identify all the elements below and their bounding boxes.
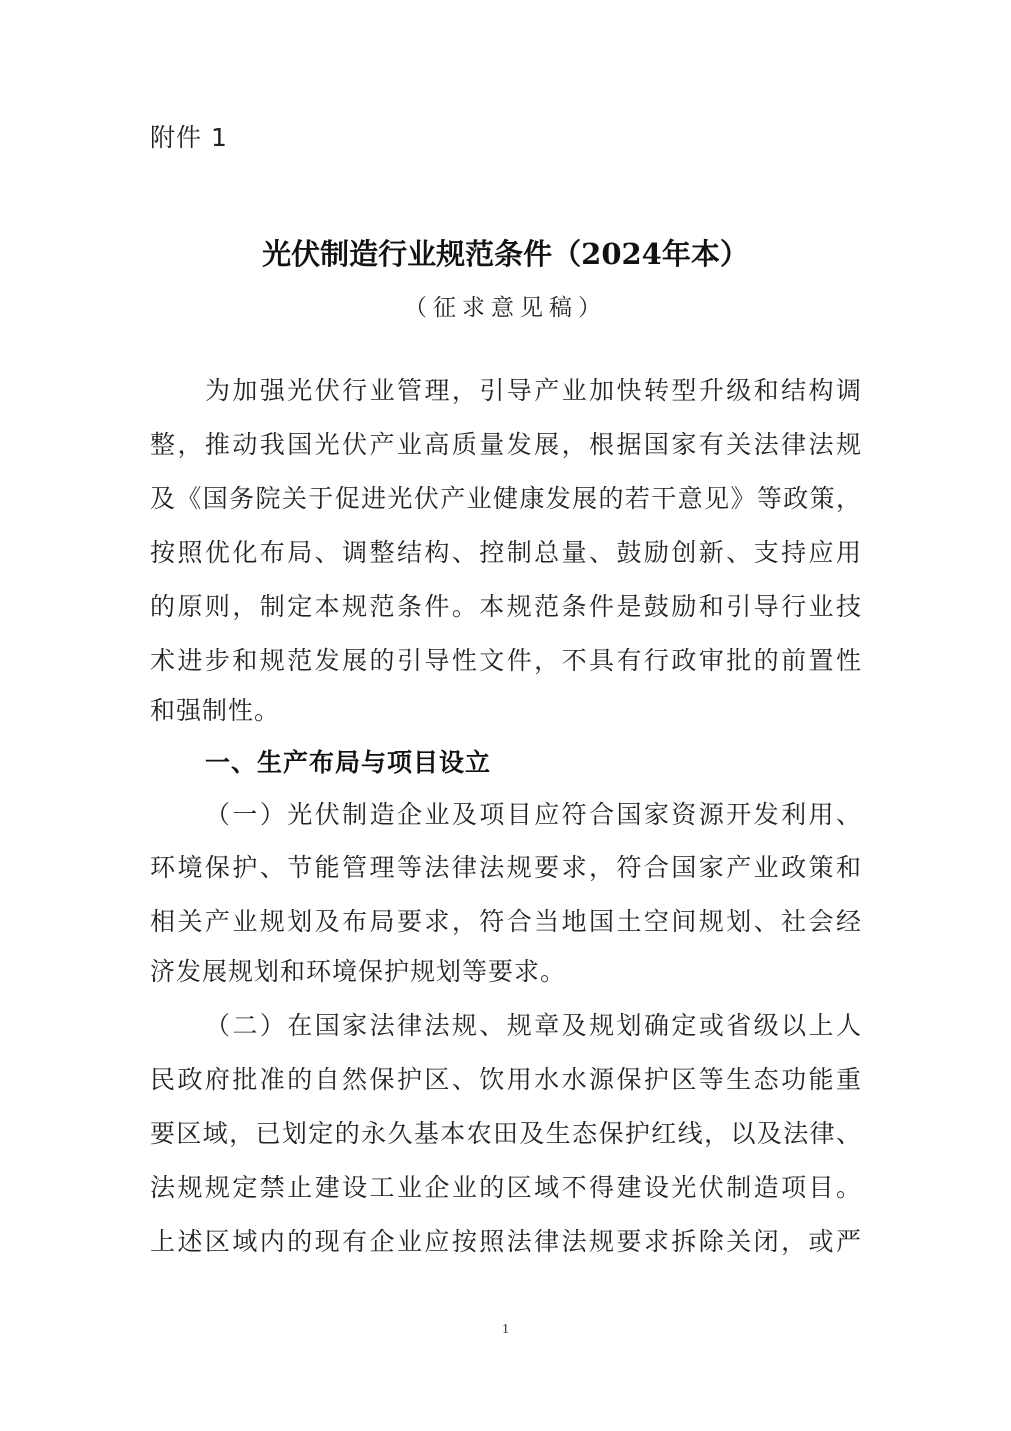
paragraph-line: 上述区域内的现有企业应按照法律法规要求拆除关闭，或严 [150, 1220, 862, 1264]
paragraph-line: 的原则，制定本规范条件。本规范条件是鼓励和引导行业技 [150, 585, 862, 629]
paragraph-line: 术进步和规范发展的引导性文件，不具有行政审批的前置性 [150, 639, 862, 683]
section-heading: 一、生产布局与项目设立 [205, 741, 491, 785]
paragraph-line: 按照优化布局、调整结构、控制总量、鼓励创新、支持应用 [150, 531, 862, 575]
paragraph-line: 要区域，已划定的永久基本农田及生态保护红线，以及法律、 [150, 1112, 862, 1156]
document-subtitle: （征求意见稿） [0, 289, 1011, 322]
paragraph-line: 环境保护、节能管理等法律法规要求，符合国家产业政策和 [150, 846, 862, 890]
document-title: 光伏制造行业规范条件（2024年本） [0, 232, 1011, 273]
document-page: 附件 1 光伏制造行业规范条件（2024年本） （征求意见稿） 为加强光伏行业管… [0, 0, 1011, 1431]
paragraph-line: 整，推动我国光伏产业高质量发展，根据国家有关法律法规 [150, 423, 862, 467]
page-number: 1 [0, 1322, 1011, 1338]
paragraph-line: （二）在国家法律法规、规章及规划确定或省级以上人 [205, 1004, 862, 1048]
paragraph-line: 相关产业规划及布局要求，符合当地国土空间规划、社会经 [150, 900, 862, 944]
paragraph-line: 民政府批准的自然保护区、饮用水水源保护区等生态功能重 [150, 1058, 862, 1102]
paragraph-line: 法规规定禁止建设工业企业的区域不得建设光伏制造项目。 [150, 1166, 862, 1210]
paragraph-line: 济发展规划和环境保护规划等要求。 [150, 950, 862, 994]
paragraph-line: 为加强光伏行业管理，引导产业加快转型升级和结构调 [205, 369, 862, 413]
attachment-label: 附件 1 [150, 118, 228, 154]
paragraph-line: 及《国务院关于促进光伏产业健康发展的若干意见》等政策， [150, 477, 862, 521]
paragraph-line: 和强制性。 [150, 689, 862, 733]
paragraph-line: （一）光伏制造企业及项目应符合国家资源开发利用、 [205, 793, 862, 837]
